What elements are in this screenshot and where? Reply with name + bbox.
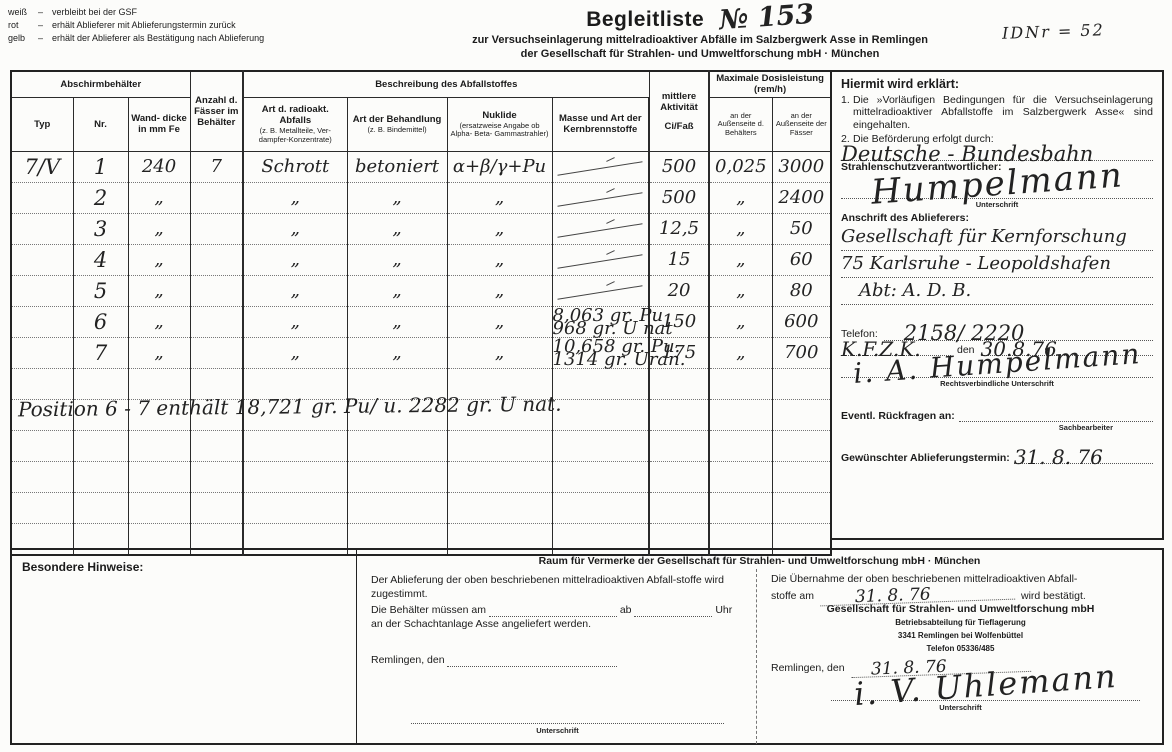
cell-dosis_b: 0,025 [709,151,772,182]
form-title: Begleitliste [586,8,704,31]
cell-empty [347,461,447,492]
waste-table: Abschirmbehälter Anzahl d. Fässer im Beh… [10,70,832,556]
cell-value: „ [495,342,504,363]
cell-empty [347,430,447,461]
cell-value: „ [154,342,163,363]
form-subtitle-2: der Gesellschaft für Strahlen- und Umwel… [430,47,970,61]
cell-dosis_b: „ [709,182,772,213]
cell-value: „ [495,218,504,239]
cell-wand: „ [128,213,190,244]
header-art-abfall-label: Art d. radioakt. Abfalls [262,104,329,126]
cell-value: 20 [668,280,691,301]
header-aktivitaet-line1: mittlere Aktivität [660,91,697,113]
cell-value: „ [291,311,300,332]
table-row-empty [11,430,831,461]
cell-empty [11,430,73,461]
cell-art: „ [243,337,347,368]
cell-art: „ [243,306,347,337]
cell-value: „ [736,249,745,270]
cell-value: 5 [94,279,107,303]
cell-empty [709,430,772,461]
cell-anzahl: 7 [190,151,243,182]
cell-empty [243,430,347,461]
acceptance-signature-handwritten: i. V. Uhlemann [853,670,1117,701]
cell-wand: „ [128,306,190,337]
cell-value: Schrott [261,156,329,177]
cell-nr: 4 [73,244,128,275]
cell-empty [243,461,347,492]
header-art-abfall-note: (z. B. Metallteile, Ver- dampfer-Konzent… [246,127,345,144]
cell-value: „ [495,187,504,208]
cell-empty [128,368,190,399]
header-behandlung: Art der Behandlung (z. B. Bindemittel) [347,97,447,151]
cell-value: 6 [94,310,107,334]
cell-empty [447,461,552,492]
remlingen-den-label: Remlingen, den [371,654,445,666]
cell-value: 500 [662,187,696,208]
legend-desc: erhält Ablieferer mit Ablieferungstermin… [52,20,236,30]
table-row-empty [11,461,831,492]
declaration-heading: Hiermit wird erklärt: [841,78,1153,91]
table-body: 7/V12407Schrottbetoniertα+β/γ+Pu5000,025… [11,151,831,555]
cell-empty [709,492,772,523]
table-row: 3„„„„12,5„50 [11,213,831,244]
cell-typ [11,306,73,337]
cell-dosis_f: 2400 [772,182,831,213]
cell-art: Schrott [243,151,347,182]
table-row-empty [11,492,831,523]
cell-anzahl [190,213,243,244]
delivery-date-handwritten: 31. 8. 76 [1014,451,1153,465]
inquiries-blank [959,408,1153,422]
bottom-section: Besondere Hinweise: Raum für Vermerke de… [10,548,1164,745]
cell-wand: 240 [128,151,190,182]
cell-dosis_f: 700 [772,337,831,368]
cell-value: 4 [94,248,107,272]
cell-wand: „ [128,244,190,275]
scanned-form-begleitliste: weiß–verbleibt bei der GSF rot–erhält Ab… [0,0,1172,752]
cell-value: „ [291,218,300,239]
cell-value: „ [736,280,745,301]
header-aktivitaet-line2: Ci/Faß [652,121,706,132]
header-group-dosisleistung: Maximale Dosisleistung (rem/h) [709,71,831,97]
header-anzahl-faesser: Anzahl d. Fässer im Behälter [190,71,243,151]
cell-dosis_b: „ [709,306,772,337]
cell-anzahl [190,337,243,368]
cell-behandlung: „ [347,244,447,275]
cell-masse [552,182,649,213]
cell-value: „ [392,342,401,363]
officer-signature-handwritten: Humpelmann [870,169,1123,199]
legend-row: rot–erhält Ablieferer mit Ablieferungste… [8,19,264,32]
company-dept: Betriebsabteilung für Tieflagerung [771,616,1150,629]
cell-value: „ [736,218,745,239]
cell-empty [190,492,243,523]
header-behandlung-note: (z. B. Bindemittel) [350,126,445,135]
header-art-abfall: Art d. radioakt. Abfalls (z. B. Metallte… [243,97,347,151]
cell-value: „ [736,311,745,332]
cell-value: 12,5 [659,218,699,239]
cell-nuklide: „ [447,306,552,337]
cell-dosis_f: 80 [772,275,831,306]
cell-value: 50 [790,218,813,239]
cell-empty [73,430,128,461]
id-number-handwritten: IDNr = 52 [1002,20,1105,43]
cell-empty [552,430,649,461]
confirm-remlingen-label: Remlingen, den [771,662,845,675]
wird-bestaetigt-label: wird bestätigt. [1021,590,1086,603]
header-dosis-behaelter: an der Außenseite d. Behälters [709,97,772,151]
cell-empty [73,461,128,492]
cell-value: 80 [790,280,813,301]
cell-nuklide: „ [447,275,552,306]
table-row: 7/V12407Schrottbetoniertα+β/γ+Pu5000,025… [11,151,831,182]
legend-dash: – [38,6,52,19]
cell-nuklide: „ [447,213,552,244]
special-hints-label: Besondere Hinweise: [22,560,143,574]
cell-empty [347,492,447,523]
cell-value: „ [392,187,401,208]
cell-value: „ [736,342,745,363]
cell-value: betoniert [355,156,439,177]
company-phone: Telefon 05336/485 [771,642,1150,655]
legend-desc: verbleibt bei der GSF [52,7,137,17]
cell-behandlung: „ [347,306,447,337]
masse-line: 1314 gr. Uran. [553,353,649,366]
strike-mark [553,215,649,243]
copy-colour-legend: weiß–verbleibt bei der GSF rot–erhält Ab… [8,6,264,45]
header-mittlere-aktivitaet: mittlere Aktivität Ci/Faß [649,71,709,151]
cell-anzahl [190,306,243,337]
cell-value: 60 [790,249,813,270]
cell-value: α+β/γ+Pu [453,156,546,177]
cell-empty [709,461,772,492]
delivery-approval-block: Der Ablieferung der oben beschriebenen m… [357,569,757,744]
cell-art: „ [243,213,347,244]
cell-empty [772,461,831,492]
cell-empty [649,430,709,461]
cell-empty [243,492,347,523]
cell-value: 7/V [24,155,60,179]
header-typ: Typ [11,97,73,151]
cell-nr: 6 [73,306,128,337]
cell-value: „ [291,280,300,301]
cell-value: 2400 [778,187,824,208]
cell-value: „ [291,342,300,363]
cell-typ [11,213,73,244]
cell-value: „ [154,218,163,239]
header-nuklide: Nuklide (ersatzweise Angabe ob Alpha- Be… [447,97,552,151]
cell-nuklide: „ [447,337,552,368]
header-wanddicke: Wand- dicke in mm Fe [128,97,190,151]
cell-value: 240 [142,156,176,177]
asse-delivery-text: an der Schachtanlage Asse angeliefert we… [371,617,744,631]
cell-empty [772,368,831,399]
header-masse-kernbrennstoffe: Masse und Art der Kernbrennstoffe [552,97,649,151]
cell-empty [11,492,73,523]
cell-empty [190,430,243,461]
cell-empty [128,430,190,461]
masse-line: 968 gr. U nat [553,322,649,335]
legend-dash: – [38,32,52,45]
address-line-2: 75 Karlsruhe - Leopoldshafen [841,251,1153,278]
header-dosis-faesser: an der Außenseite der Fässer [772,97,831,151]
cell-masse: 10,658 gr. Pu.1314 gr. Uran. [552,337,649,368]
cell-wand: „ [128,182,190,213]
legend-row: weiß–verbleibt bei der GSF [8,6,264,19]
approval-text: Der Ablieferung der oben beschriebenen m… [371,573,744,601]
cell-dosis_b: „ [709,244,772,275]
cell-dosis_b: „ [709,337,772,368]
cell-value: „ [736,187,745,208]
cell-anzahl [190,182,243,213]
cell-value: 7 [211,156,222,177]
item1-text: Die »Vorläufigen Bedingungen für die Ver… [853,94,1153,132]
cell-value: „ [495,249,504,270]
legend-term: rot [8,19,38,32]
header-nr: Nr. [73,97,128,151]
waste-table-header: Abschirmbehälter Anzahl d. Fässer im Beh… [11,71,831,151]
cell-behandlung: „ [347,213,447,244]
header-group-abschirmbehaelter: Abschirmbehälter [11,71,190,97]
cell-akt: 500 [649,182,709,213]
cell-value: 500 [662,156,696,177]
legend-row: gelb–erhält der Ablieferer als Bestätigu… [8,32,264,45]
address-line-3: Abt: A. D. B. [841,278,1153,305]
cell-behandlung: betoniert [347,151,447,182]
table-row: 6„„„„8,063 gr. Pu968 gr. U nat150„600 [11,306,831,337]
cell-empty [772,430,831,461]
stoffe-am-label: stoffe am [771,590,814,603]
cell-masse [552,151,649,182]
cell-typ [11,182,73,213]
strike-mark [553,153,649,181]
vermerke-header: Raum für Vermerke der Gesellschaft für S… [357,550,1162,569]
cell-empty [128,492,190,523]
header-dosis-behaelter-note: an der Außenseite d. Behälters [712,112,770,138]
cell-nr: 1 [73,151,128,182]
form-number-handwritten: № 153 [718,0,815,36]
item1-number: 1. [841,94,853,132]
cell-value: „ [392,218,401,239]
cell-dosis_f: 3000 [772,151,831,182]
inquiries-caption: Sachbearbeiter [841,422,1153,435]
cell-value: 175 [662,342,696,363]
cell-value: „ [495,280,504,301]
cell-nuklide: α+β/γ+Pu [447,151,552,182]
table-row: 2„„„„500„2400 [11,182,831,213]
cell-dosis_f: 600 [772,306,831,337]
legend-desc: erhält der Ablieferer als Bestätigung na… [52,33,264,43]
legend-term: weiß [8,6,38,19]
cell-anzahl [190,244,243,275]
cell-value: 7 [94,341,107,365]
cell-dosis_f: 50 [772,213,831,244]
cell-value: 600 [784,311,818,332]
cell-nr: 3 [73,213,128,244]
form-subtitle-1: zur Versuchseinlagerung mittelradioaktiv… [430,33,970,47]
cell-art: „ [243,244,347,275]
special-hints-box: Besondere Hinweise: [12,550,357,743]
cell-value: „ [392,311,401,332]
cell-value: 3000 [778,156,824,177]
cell-art: „ [243,275,347,306]
declaration-panel: Hiermit wird erklärt: 1. Die »Vorläufige… [830,70,1164,540]
cell-value: „ [154,311,163,332]
cell-anzahl [190,275,243,306]
cell-empty [73,368,128,399]
cell-empty [11,368,73,399]
remlingen-date-blank [447,653,617,667]
cell-nuklide: „ [447,244,552,275]
cell-value: „ [154,187,163,208]
cell-value: „ [154,280,163,301]
header-dosis-faesser-note: an der Außenseite der Fässer [775,112,829,138]
strike-mark [553,246,649,274]
cell-empty [709,399,772,430]
table-row: 7„„„„10,658 gr. Pu.1314 gr. Uran.175„700 [11,337,831,368]
cell-empty [772,399,831,430]
acceptance-confirmation-block: Die Übernahme der oben beschriebenen mit… [757,569,1162,744]
cell-value: 15 [668,249,691,270]
cell-behandlung: „ [347,182,447,213]
cell-empty [709,368,772,399]
cell-empty [11,461,73,492]
cell-empty [649,492,709,523]
table-row: 5„„„„20„80 [11,275,831,306]
cell-dosis_b: „ [709,275,772,306]
table-row: 4„„„„15„60 [11,244,831,275]
cell-typ: 7/V [11,151,73,182]
inquiries-label: Eventl. Rückfragen an: [841,410,955,423]
cell-wand: „ [128,337,190,368]
company-address: 3341 Remlingen bei Wolfenbüttel [771,629,1150,642]
cell-empty [128,461,190,492]
cell-nr: 5 [73,275,128,306]
cell-dosis_b: „ [709,213,772,244]
cell-nuklide: „ [447,182,552,213]
cell-value: „ [495,311,504,332]
vermerke-box: Raum für Vermerke der Gesellschaft für S… [357,550,1162,743]
cell-akt: 500 [649,151,709,182]
confirmation-text-1: Die Übernahme der oben beschriebenen mit… [771,573,1150,586]
form-title-block: Begleitliste № 153 zur Versuchseinlageru… [430,2,970,61]
cell-value: „ [291,187,300,208]
cell-typ [11,275,73,306]
delivery-date-blank [489,603,617,617]
cell-value: 1 [94,155,107,179]
cell-typ [11,244,73,275]
cell-empty [447,492,552,523]
cell-value: „ [392,249,401,270]
cell-wand: „ [128,275,190,306]
cell-dosis_f: 60 [772,244,831,275]
deliverer-address-handwritten: Gesellschaft für Kernforschung 75 Karlsr… [841,224,1153,305]
header-nuklide-label: Nuklide [482,110,516,121]
cell-value: „ [154,249,163,270]
approval-signature-blank [411,711,724,724]
cell-empty [447,430,552,461]
cell-masse [552,244,649,275]
cell-value: 0,025 [715,156,767,177]
legend-term: gelb [8,32,38,45]
header-group-beschreibung: Beschreibung des Abfallstoffes [243,71,649,97]
cell-akt: 12,5 [649,213,709,244]
cell-masse [552,275,649,306]
cell-behandlung: „ [347,337,447,368]
cell-empty [649,368,709,399]
cell-empty [73,492,128,523]
cell-empty [649,461,709,492]
cell-masse: 8,063 gr. Pu968 gr. U nat [552,306,649,337]
header-behandlung-label: Art der Behandlung [353,114,442,125]
cell-value: „ [291,249,300,270]
approval-signature-caption: Unterschrift [371,724,744,738]
cell-empty [190,461,243,492]
gsf-company-block: Gesellschaft für Strahlen- und Umweltfor… [771,603,1150,655]
cell-value: 2 [94,186,107,210]
cell-empty [772,492,831,523]
legend-dash: – [38,19,52,32]
delivery-date-label: Gewünschter Ablieferungstermin: [841,452,1010,465]
cell-empty [552,492,649,523]
declaration-item-1: 1. Die »Vorläufigen Bedingungen für die … [841,94,1153,132]
deliverer-address-label: Anschrift des Ablieferers: [841,212,1153,225]
cell-empty [552,461,649,492]
delivery-time-blank [634,603,712,617]
strike-mark [553,277,649,305]
cell-art: „ [243,182,347,213]
ab-label: ab [620,604,632,616]
strike-mark [553,184,649,212]
uhr-label: Uhr [715,604,732,616]
cell-akt: 20 [649,275,709,306]
cell-akt: 15 [649,244,709,275]
cell-value: 150 [662,311,696,332]
cell-value: 3 [94,217,107,241]
cell-behandlung: „ [347,275,447,306]
cell-nr: 7 [73,337,128,368]
cell-typ [11,337,73,368]
header-nuklide-note: (ersatzweise Angabe ob Alpha- Beta- Gamm… [450,122,550,139]
cell-nr: 2 [73,182,128,213]
cell-value: 700 [784,342,818,363]
cell-value: „ [392,280,401,301]
containers-must-label: Die Behälter müssen am [371,604,486,616]
cell-masse [552,213,649,244]
address-line-1: Gesellschaft für Kernforschung [841,224,1153,251]
